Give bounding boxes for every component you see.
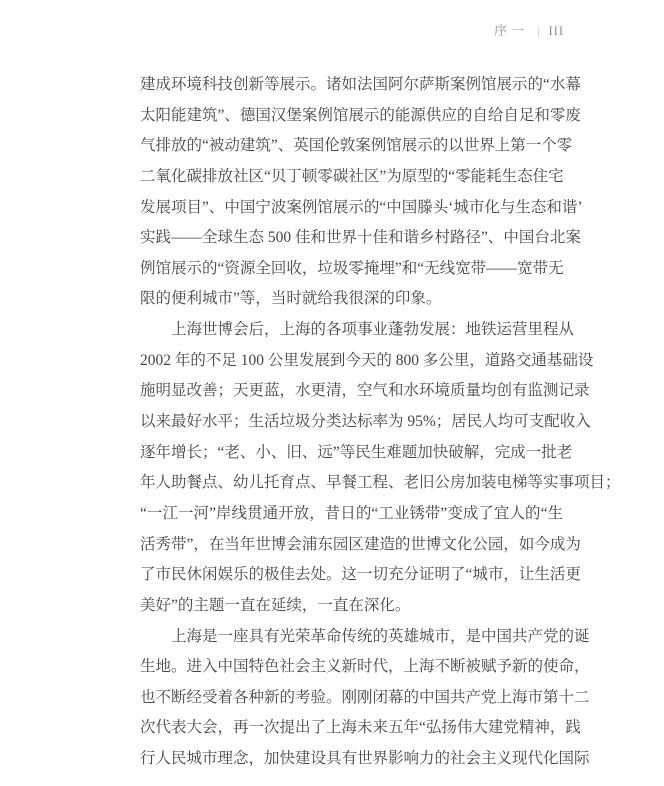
- text-line: 年人助餐点、幼儿托育点、早餐工程、老旧公房加装电梯等实事项目；: [140, 468, 563, 499]
- text-line: 生地。进入中国特色社会主义新时代，上海不断被赋予新的使命，: [140, 652, 563, 683]
- text-line: 上海是一座具有光荣革命传统的英雄城市，是中国共产党的诞: [140, 622, 563, 653]
- text-line: 以来最好水平；生活垃圾分类达标率为 95%；居民人均可支配收入: [140, 407, 563, 438]
- text-line: 也不断经受着各种新的考验。刚刚闭幕的中国共产党上海市第十二: [140, 683, 563, 714]
- text-line: 建成环境科技创新等展示。诸如法国阿尔萨斯案例馆展示的“水幕: [140, 70, 563, 101]
- running-head: 序一 | III: [494, 22, 564, 40]
- chapter-title: 序一: [494, 22, 528, 40]
- text-line: 了市民休闲娱乐的极佳去处。这一切充分证明了“城市，让生活更: [140, 560, 563, 591]
- text-line: 逐年增长；“老、小、旧、远”等民生难题加快破解，完成一批老: [140, 438, 563, 469]
- text-line: 太阳能建筑”、德国汉堡案例馆展示的能源供应的自给自足和零废: [140, 101, 563, 132]
- text-line: 上海世博会后，上海的各项事业蓬勃发展：地铁运营里程从: [140, 315, 563, 346]
- text-line: 限的便利城市”等，当时就给我很深的印象。: [140, 284, 563, 315]
- text-line: 行人民城市理念，加快建设具有世界影响力的社会主义现代化国际: [140, 744, 563, 775]
- text-line: 气排放的“被动建筑”、英国伦敦案例馆展示的以世界上第一个零: [140, 131, 563, 162]
- text-line: 2002 年的不足 100 公里发展到今天的 800 多公里，道路交通基础设: [140, 346, 563, 377]
- header-divider: |: [537, 22, 539, 40]
- text-line: 次代表大会，再一次提出了上海未来五年“弘扬伟大建党精神，践: [140, 713, 563, 744]
- text-line: 发展项目”、中国宁波案例馆展示的“中国滕头‘城市化与生态和谐’: [140, 193, 563, 224]
- text-line: “一江一河”岸线贯通开放，昔日的“工业锈带”变成了宜人的“生: [140, 499, 563, 530]
- text-line: 实践——全球生态 500 佳和世界十佳和谐乡村路径”、中国台北案: [140, 223, 563, 254]
- paragraph: 上海世博会后，上海的各项事业蓬勃发展：地铁运营里程从2002 年的不足 100 …: [140, 315, 563, 621]
- text-line: 例馆展示的“资源全回收，垃圾零掩埋”和“无线宽带——宽带无: [140, 254, 563, 285]
- text-line: 美好”的主题一直在延续，一直在深化。: [140, 591, 563, 622]
- book-page: 序一 | III 建成环境科技创新等展示。诸如法国阿尔萨斯案例馆展示的“水幕太阳…: [0, 0, 664, 786]
- page-number: III: [549, 22, 565, 40]
- text-line: 施明显改善；天更蓝，水更清，空气和水环境质量均创有监测记录: [140, 376, 563, 407]
- paragraph: 建成环境科技创新等展示。诸如法国阿尔萨斯案例馆展示的“水幕太阳能建筑”、德国汉堡…: [140, 70, 563, 315]
- body-text-block: 建成环境科技创新等展示。诸如法国阿尔萨斯案例馆展示的“水幕太阳能建筑”、德国汉堡…: [140, 70, 563, 775]
- text-line: 二氧化碳排放社区“贝丁顿零碳社区”为原型的“零能耗生态住宅: [140, 162, 563, 193]
- text-line: 活秀带”，在当年世博会浦东园区建造的世博文化公园，如今成为: [140, 530, 563, 561]
- paragraph: 上海是一座具有光荣革命传统的英雄城市，是中国共产党的诞生地。进入中国特色社会主义…: [140, 622, 563, 775]
